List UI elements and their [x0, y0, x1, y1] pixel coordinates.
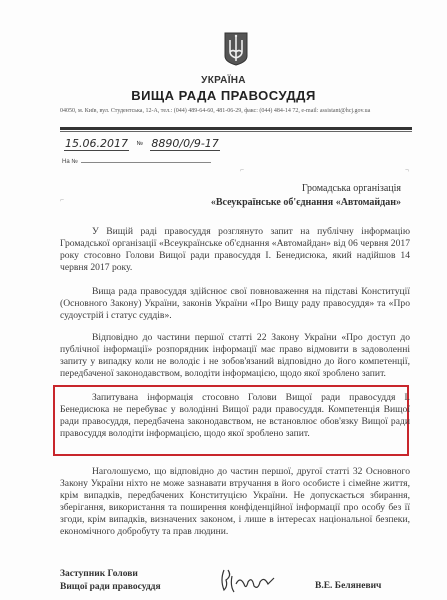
- address-corner-mark: ⌐: [60, 196, 64, 204]
- body-paragraph: Вища рада правосуддя здійснює свої повно…: [60, 286, 410, 322]
- header-divider: [60, 127, 412, 130]
- reply-to-line: На №: [62, 159, 211, 165]
- body-paragraph: Відповідно до частини першої статті 22 З…: [60, 332, 410, 380]
- outgoing-date: 15.06.2017: [64, 137, 129, 151]
- address-corner-mark: ⌐: [240, 166, 244, 174]
- trident-emblem-icon: [224, 32, 248, 66]
- reply-to-blank: [81, 162, 211, 163]
- signatory-name: В.Е. Беляневич: [315, 581, 381, 591]
- reply-to-label: На №: [62, 159, 78, 165]
- header-divider-thin: [60, 131, 412, 132]
- signatory-title: Заступник Голови Вищої ради правосуддя: [60, 568, 161, 594]
- recipient-block: Громадська організація «Всеукраїнське об…: [211, 182, 401, 210]
- body-paragraph: У Вищій раді правосуддя розглянуто запит…: [60, 226, 410, 274]
- number-label: №: [136, 141, 142, 147]
- organization-title: ВИЩА РАДА ПРАВОСУДДЯ: [0, 88, 447, 103]
- country-name: УКРАЇНА: [0, 75, 447, 86]
- address-corner-mark: ¬: [405, 166, 409, 174]
- outgoing-number: 8890/0/9-17: [150, 137, 219, 151]
- handwritten-signature-icon: [218, 566, 278, 596]
- contact-address: 04050, м. Київ, вул. Студентська, 12-А, …: [60, 108, 414, 114]
- body-paragraph: Наголошуємо, що відповідно до частин пер…: [60, 466, 410, 538]
- outgoing-registration: 15.06.2017 № 8890/0/9-17: [64, 137, 220, 150]
- letter-page: УКРАЇНА ВИЩА РАДА ПРАВОСУДДЯ 04050, м. К…: [0, 0, 447, 600]
- recipient-line-2: «Всеукраїнське об'єднання «Автомайдан»: [211, 196, 401, 210]
- highlighted-paragraph: Запитувана інформація стосовно Голови Ви…: [60, 392, 410, 440]
- recipient-line-1: Громадська організація: [211, 182, 401, 196]
